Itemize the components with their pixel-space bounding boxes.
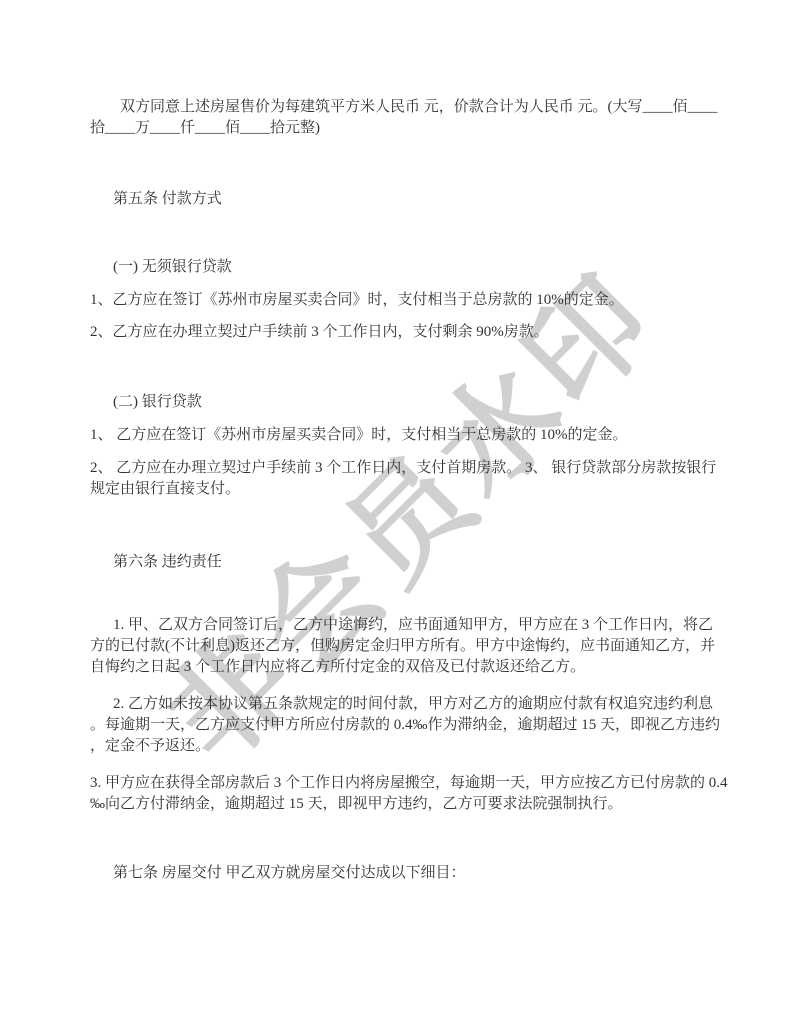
article5-section2-item2-line2: 规定由银行直接支付。 [90,479,710,500]
article6-clause1: 1. 甲、乙双方合同签订后，乙方中途悔约，应书面通知甲方，甲方应在 3 个工作日… [90,615,710,678]
article5-section1-item1: 1、乙方应在签订《苏州市房屋买卖合同》时，支付相当于总房款的 10%的定金。 [90,290,710,311]
article5-section2-item2-line1: 2、 乙方应在办理立契过户手续前 3 个工作日内，支付首期房款。 3、 银行贷款… [90,458,710,479]
article6-clause3-line2: ‰向乙方付滞纳金，逾期超过 15 天，即视甲方违约，乙方可要求法院强制执行。 [90,794,710,815]
article6-heading: 第六条 违约责任 [90,552,710,573]
article6-clause1-line1: 1. 甲、乙双方合同签订后，乙方中途悔约，应书面通知甲方，甲方应在 3 个工作日… [90,615,710,636]
article5-section2-title: (二) 银行贷款 [90,392,710,413]
contract-body: 双方同意上述房屋售价为每建筑平方米人民币 元，价款合计为人民币 元。(大写___… [0,0,800,884]
article6-clause1-line3: 自悔约之日起 3 个工作日内应将乙方所付定金的双倍及已付款返还给乙方。 [90,657,710,678]
article6-clause2-line2: 。每逾期一天，乙方应支付甲方所应付房款的 0.4‰作为滞纳金，逾期超过 15 天… [90,715,710,736]
price-clause-line-1: 双方同意上述房屋售价为每建筑平方米人民币 元，价款合计为人民币 元。(大写___… [90,97,710,118]
article6-clause2-line1: 2. 乙方如未按本协议第五条款规定的时间付款，甲方对乙方的逾期应付款有权追究违约… [90,694,710,715]
article6-clause3: 3. 甲方应在获得全部房款后 3 个工作日内将房屋搬空，每逾期一天，甲方应按乙方… [90,773,710,815]
article5-section1-item2: 2、乙方应在办理立契过户手续前 3 个工作日内，支付剩余 90%房款。 [90,322,710,343]
article5-section1-title: (一) 无须银行贷款 [90,257,710,278]
contract-page: 非会员水印 双方同意上述房屋售价为每建筑平方米人民币 元，价款合计为人民币 元。… [0,0,800,1035]
article6-clause3-line1: 3. 甲方应在获得全部房款后 3 个工作日内将房屋搬空，每逾期一天，甲方应按乙方… [90,773,710,794]
article6-clause1-line2: 方的已付款(不计利息)返还乙方，但购房定金归甲方所有。甲方中途悔约，应书面通知乙… [90,636,710,657]
article6-clause2-line3: ，定金不予返还。 [90,736,710,757]
article7-heading: 第七条 房屋交付 甲乙双方就房屋交付达成以下细目： [90,863,710,884]
article5-section2-item2: 2、 乙方应在办理立契过户手续前 3 个工作日内，支付首期房款。 3、 银行贷款… [90,458,710,500]
article5-heading: 第五条 付款方式 [90,189,710,210]
price-clause-line-2: 拾____万____仟____佰____拾元整) [90,118,710,139]
article5-section2-item1: 1、 乙方应在签订《苏州市房屋买卖合同》时，支付相当于总房款的 10%的定金。 [90,425,710,446]
article6-clause2: 2. 乙方如未按本协议第五条款规定的时间付款，甲方对乙方的逾期应付款有权追究违约… [90,694,710,757]
price-clause: 双方同意上述房屋售价为每建筑平方米人民币 元，价款合计为人民币 元。(大写___… [90,97,710,139]
